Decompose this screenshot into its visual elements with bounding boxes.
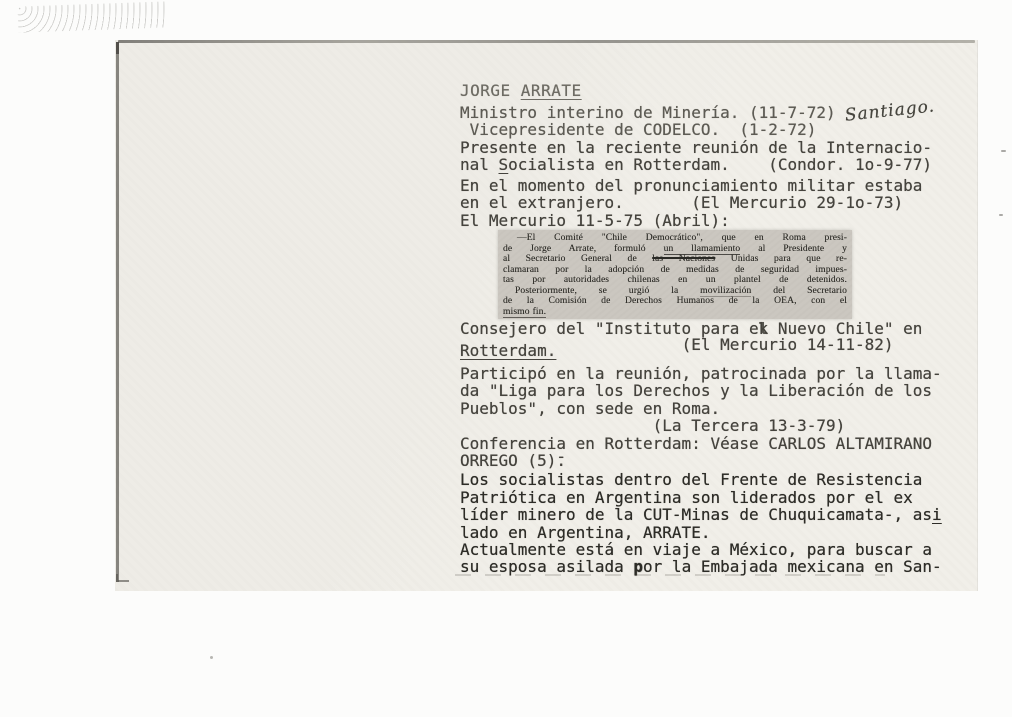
typed-text-block: JORGE ARRATE Ministro interino de Minerí… <box>460 82 980 576</box>
clipping-text: Posteriormente, se urgió la <box>515 285 700 296</box>
typed-line-lider-minero: líder minero de la CUT-Minas de Chuquica… <box>460 506 980 523</box>
clipping-text-pen-underline: mismo fin. <box>503 306 546 318</box>
scan-artifact-mark <box>1001 150 1006 152</box>
typed-text-underlined: S <box>499 155 509 174</box>
scan-noise-patch <box>18 1 169 32</box>
typed-text: su esposa asilada <box>460 557 633 576</box>
typed-line-extranjero: en el extranjero. (El Mercurio 29-1o-73) <box>460 194 980 211</box>
typed-line-ministro: Ministro interino de Minería. (11-7-72) … <box>460 104 980 121</box>
typed-line-vicepresidente: Vicepresidente de CODELCO. (1-2-72) <box>460 121 980 138</box>
typed-text: líder minero de la CUT-Minas de Chuquica… <box>460 505 932 524</box>
typed-spacing <box>556 341 681 360</box>
typed-line-rotterdam-cite: Rotterdam. (El Mercurio 14-11-82) <box>460 342 980 359</box>
clipping-text-pen-strike: las Naciones <box>652 253 715 264</box>
typed-line-liga: da "Liga para los Derechos y la Liberaci… <box>460 382 980 399</box>
typed-line-pronunciamiento: En el momento del pronunciamiento milita… <box>460 177 980 194</box>
clipping-text: al Presidente y <box>740 243 847 254</box>
typed-line-orrego: ORREGO (5).- <box>460 452 980 469</box>
typed-line-internacional-socialista: nal Socialista en Rotterdam. (Condor. 1o… <box>460 156 980 173</box>
clipping-text: Unidas para que re- <box>715 253 847 264</box>
typed-citation: (El Mercurio 14-11-82) <box>682 335 894 354</box>
typed-text: ORREGO (5) <box>460 451 556 470</box>
newspaper-clipping: —El Comité "Chile Democrático", que en R… <box>498 230 852 319</box>
typed-text-overstrike: - <box>556 447 566 466</box>
card-left-edge-shadow <box>116 42 119 582</box>
card-corner-mark-bottom <box>116 574 129 582</box>
typed-line-asilado: lado en Argentina, ARRATE. <box>460 524 980 541</box>
typed-line-pueblos: Pueblos", con sede en Roma. <box>460 400 980 417</box>
typed-line-conferencia: Conferencia en Rotterdam: Véase CARLOS A… <box>460 435 980 452</box>
clipping-text: al Secretario General de <box>503 253 652 264</box>
typed-line-participo: Participó en la reunión, patrocinada por… <box>460 365 980 382</box>
scan-artifact-dot <box>210 656 213 659</box>
card-corner-mark-top <box>116 42 126 54</box>
typed-line-tercera-cite: (La Tercera 13-3-79) <box>460 417 980 434</box>
typed-text: or la Embajada mexicana en San- <box>643 557 942 576</box>
typed-line-esposa: su esposa asilada por la Embajada mexica… <box>460 558 980 575</box>
clipping-text: de Jorge Arrate, formuló <box>503 243 664 254</box>
typed-line-presente: Presente en la reciente reunión de la In… <box>460 139 980 156</box>
scanned-page: JORGE ARRATE Ministro interino de Minerí… <box>0 0 1012 717</box>
index-card: JORGE ARRATE Ministro interino de Minerí… <box>115 40 978 591</box>
typed-line-socialistas: Los socialistas dentro del Frente de Res… <box>460 471 980 488</box>
title-last-name-underlined: ARRATE <box>521 81 582 100</box>
clipping-text: del Secretario <box>751 285 847 296</box>
clipping-line: mismo fin. <box>503 307 847 318</box>
document-title: JORGE ARRATE <box>460 82 980 99</box>
card-top-edge-shadow <box>118 40 975 43</box>
typed-line-patriotica: Patriótica en Argentina son liderados po… <box>460 489 980 506</box>
typed-text: Ministro interino de Minería. (11-7-72) <box>460 103 845 122</box>
typed-line-actualmente: Actualmente está en viaje a México, para… <box>460 541 980 558</box>
typed-text: ocialista en Rotterdam. (Condor. 1o-9-77… <box>508 155 932 174</box>
typed-text: nal <box>460 155 499 174</box>
typed-text-overstruck: p <box>633 557 643 576</box>
typed-text-underlined: Rotterdam. <box>460 341 556 360</box>
clipping-line: de la Comisión de Derechos Humanos de la… <box>503 296 847 307</box>
title-first-name: JORGE <box>460 81 521 100</box>
typed-text-underlined: i <box>932 505 942 524</box>
scan-artifact-mark <box>999 214 1003 216</box>
typed-line-mercurio-abril: El Mercurio 11-5-75 (Abril): <box>460 212 980 229</box>
